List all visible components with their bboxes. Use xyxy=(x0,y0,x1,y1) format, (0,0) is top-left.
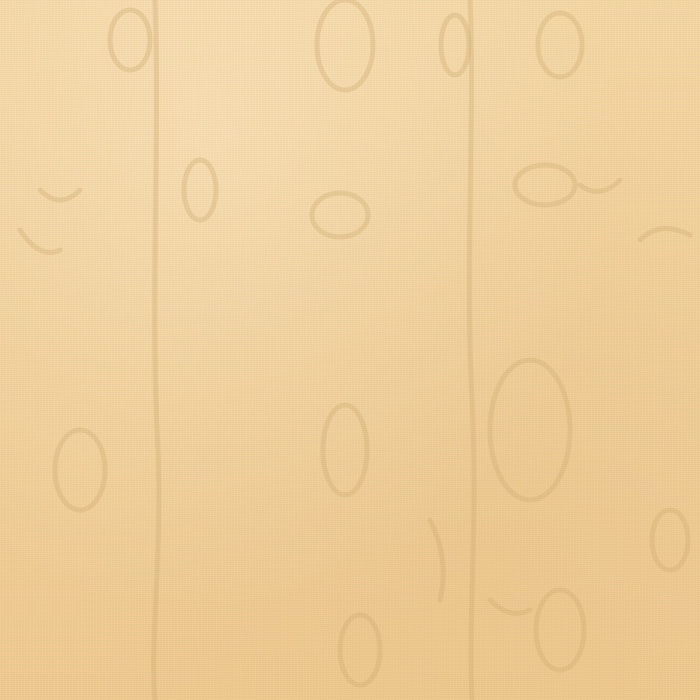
rug-texture xyxy=(0,0,700,700)
fabric-grain xyxy=(0,0,700,700)
